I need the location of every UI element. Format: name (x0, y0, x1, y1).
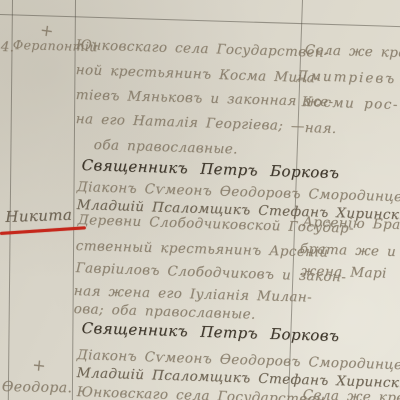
handwriting-line: ной крестьянинъ Косма Мина- (75, 62, 320, 87)
priest-signature: Священникъ Петръ Борковъ (81, 156, 339, 182)
handwriting-line: на его Наталія Георгіева; — (75, 111, 305, 135)
handwriting-line: ная. (304, 120, 336, 137)
handwriting-line: Села же кре- (304, 42, 400, 61)
handwriting-line: Косми рос- (301, 94, 399, 113)
column-divider-names (72, 0, 76, 400)
handwriting-line: брата же и (299, 241, 396, 260)
column-divider-left (8, 0, 13, 400)
cross-mark: + (39, 23, 55, 39)
handwriting-line: Юнковскаго села Государствен- (75, 37, 329, 61)
manuscript-page: 4. + Ферапонтій Юнковскаго села Государс… (0, 0, 400, 400)
handwriting-line: Села же крес (302, 387, 400, 400)
handwriting-line: Дмитріевъ (296, 68, 396, 87)
priest-signature: Священникъ Петръ Борковъ (81, 319, 339, 345)
handwriting-line: Арсенію Бра (302, 214, 400, 233)
baptized-name: Никита (5, 206, 73, 226)
handwriting-line: тіевъ Мяньковъ и законная же- (76, 87, 334, 110)
row-divider-top (0, 14, 400, 27)
handwriting-line: оба православные. (93, 137, 238, 158)
baptized-name: Ѳеодора. (2, 379, 73, 396)
cross-mark: + (32, 358, 47, 373)
handwriting-line: жена Марі (300, 263, 386, 282)
handwriting-line: ственный крестьянинъ Арсеній (76, 238, 329, 261)
